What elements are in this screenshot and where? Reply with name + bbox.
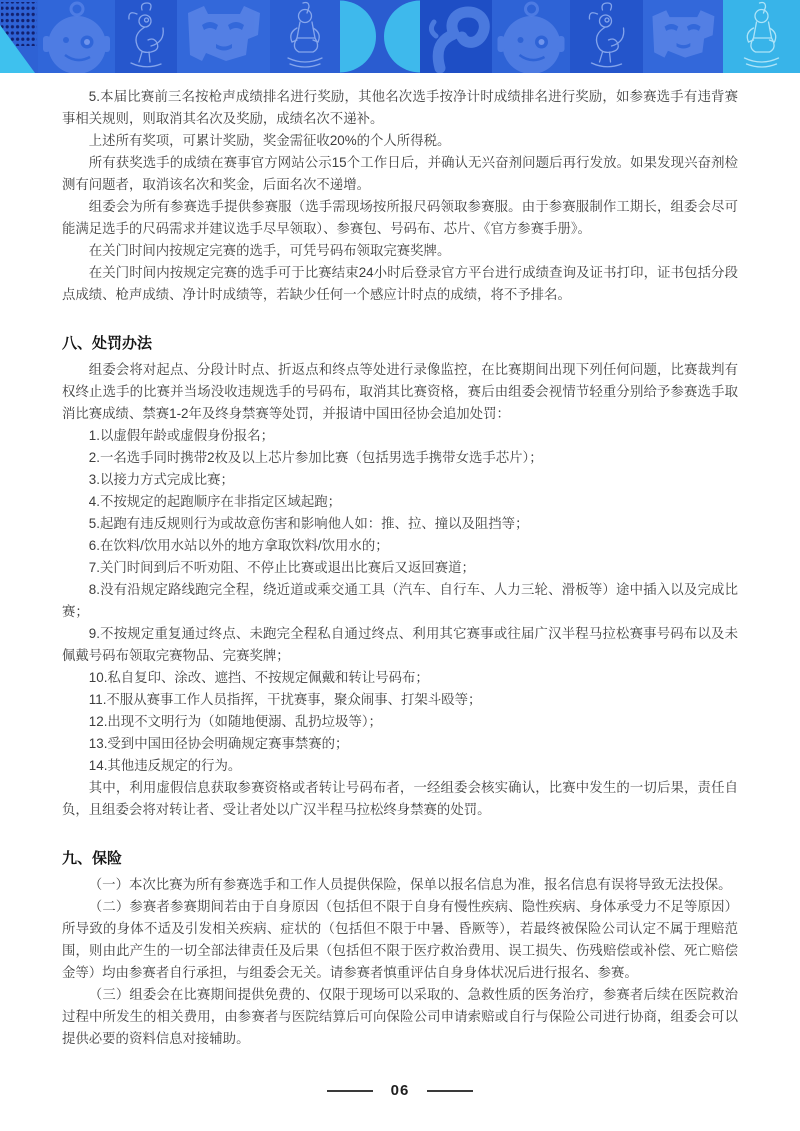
- paragraph: 上述所有奖项，可累计奖励，奖金需征收20%的个人所得税。: [62, 130, 738, 152]
- paragraph: 5.本届比赛前三名按枪声成绩排名进行奖励，其他名次选手按净计时成绩排名进行奖励，…: [62, 86, 738, 130]
- list-item: 9.不按规定重复通过终点、未跑完全程私自通过终点、利用其它赛事或往届广汉半程马拉…: [62, 623, 738, 667]
- page-footer: 06: [0, 1082, 800, 1099]
- penalties-closing-paragraph: 其中，利用虚假信息获取参赛资格或者转让号码布者，一经组委会核实确认，比赛中发生的…: [62, 777, 738, 821]
- list-item: 10.私自复印、涂改、遮挡、不按规定佩戴和转让号码布；: [62, 667, 738, 689]
- document-body: 5.本届比赛前三名按枪声成绩排名进行奖励，其他名次选手按净计时成绩排名进行奖励，…: [0, 73, 800, 1050]
- section-awards-continued: 5.本届比赛前三名按枪声成绩排名进行奖励，其他名次选手按净计时成绩排名进行奖励，…: [62, 86, 738, 306]
- list-item: 11.不服从赛事工作人员指挥，干扰赛事，聚众闹事、打架斗殴等；: [62, 689, 738, 711]
- list-item: 13.受到中国田径协会明确规定赛事禁赛的；: [62, 733, 738, 755]
- awards-paragraphs: 5.本届比赛前三名按枪声成绩排名进行奖励，其他名次选手按净计时成绩排名进行奖励，…: [62, 86, 738, 306]
- list-item: 6.在饮料/饮用水站以外的地方拿取饮料/饮用水的；: [62, 535, 738, 557]
- bird-figure-icon: [115, 0, 177, 73]
- list-item: 8.没有沿规定路线跑完全程，绕近道或乘交通工具（汽车、自行车、人力三轮、滑板等）…: [62, 579, 738, 623]
- list-item: 1.以虚假年龄或虚假身份报名；: [62, 425, 738, 447]
- page-number: 06: [391, 1082, 410, 1099]
- half-circles-icon: [340, 0, 420, 73]
- dot-grid-icon: [0, 0, 38, 73]
- section-insurance: 九、保险 （一）本次比赛为所有参赛选手和工作人员提供保险，保单以报名信息为准，报…: [62, 847, 738, 1050]
- penalties-list: 1.以虚假年龄或虚假身份报名； 2.一名选手同时携带2枚及以上芯片参加比赛（包括…: [62, 425, 738, 777]
- bronze-face-mask-icon: [643, 0, 723, 73]
- decorative-banner: [0, 0, 800, 73]
- footer-rule-left: [327, 1090, 373, 1092]
- paragraph: （二）参赛者参赛期间若由于自身原因（包括但不限于自身有慢性疾病、隐性疾病、身体承…: [62, 896, 738, 984]
- insurance-paragraphs: （一）本次比赛为所有参赛选手和工作人员提供保险，保单以报名信息为准，报名信息有误…: [62, 874, 738, 1050]
- list-item: 2.一名选手同时携带2枚及以上芯片参加比赛（包括男选手携带女选手芯片）；: [62, 447, 738, 469]
- footer-rule-right: [427, 1090, 473, 1092]
- paragraph: （三）组委会在比赛期间提供免费的、仅限于现场可以采取的、急救性质的医务治疗，参赛…: [62, 984, 738, 1050]
- bronze-face-mask-icon: [177, 0, 270, 73]
- kneeling-figure-cyan-icon: [723, 0, 800, 73]
- bronze-wheel-mask-icon: [492, 0, 570, 73]
- bird-figure-icon: [570, 0, 643, 73]
- bronze-wheel-mask-icon: [38, 0, 115, 73]
- section-heading-penalties: 八、处罚办法: [62, 332, 738, 355]
- paragraph: （一）本次比赛为所有参赛选手和工作人员提供保险，保单以报名信息为准，报名信息有误…: [62, 874, 738, 896]
- penalties-intro-paragraph: 组委会将对起点、分段计时点、折返点和终点等处进行录像监控，在比赛期间出现下列任何…: [62, 359, 738, 425]
- list-item: 5.起跑有违反规则行为或故意伤害和影响他人如：推、拉、撞以及阻挡等；: [62, 513, 738, 535]
- paragraph: 在关门时间内按规定完赛的选手，可凭号码布领取完赛奖牌。: [62, 240, 738, 262]
- dragon-head-icon: [420, 0, 492, 73]
- paragraph: 组委会为所有参赛选手提供参赛服（选手需现场按所报尺码领取参赛服。由于参赛服制作工…: [62, 196, 738, 240]
- paragraph: 所有获奖选手的成绩在赛事官方网站公示15个工作日后，并确认无兴奋剂问题后再行发放…: [62, 152, 738, 196]
- document-page: { "banner": { "accent_cyan": "#3ec1ee", …: [0, 0, 800, 1131]
- list-item: 4.不按规定的起跑顺序在非指定区域起跑；: [62, 491, 738, 513]
- list-item: 14.其他违反规定的行为。: [62, 755, 738, 777]
- section-heading-insurance: 九、保险: [62, 847, 738, 870]
- list-item: 7.关门时间到后不听劝阻、不停止比赛或退出比赛后又返回赛道；: [62, 557, 738, 579]
- section-penalties: 八、处罚办法 组委会将对起点、分段计时点、折返点和终点等处进行录像监控，在比赛期…: [62, 332, 738, 821]
- paragraph: 在关门时间内按规定完赛的选手可于比赛结束24小时后登录官方平台进行成绩查询及证书…: [62, 262, 738, 306]
- list-item: 3.以接力方式完成比赛；: [62, 469, 738, 491]
- kneeling-figure-icon: [270, 0, 340, 73]
- list-item: 12.出现不文明行为（如随地便溺、乱扔垃圾等）；: [62, 711, 738, 733]
